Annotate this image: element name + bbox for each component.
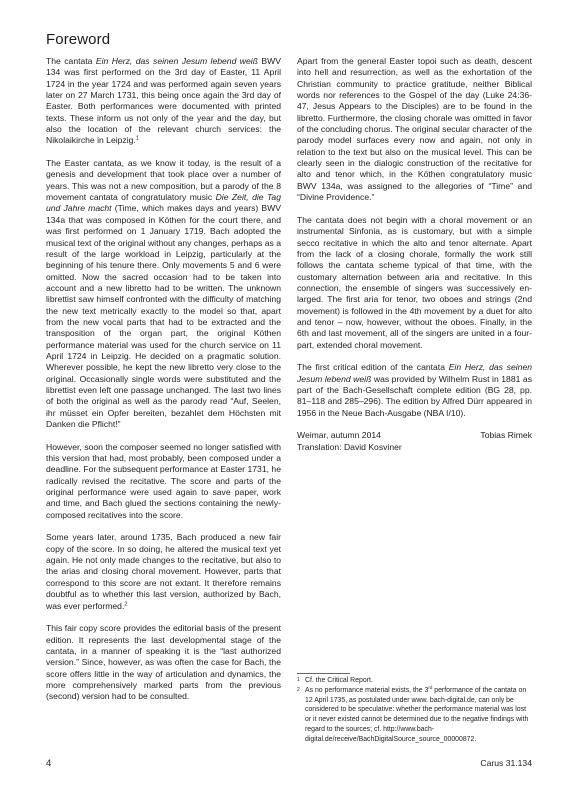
paragraph-easter-topoi: Apart from the general Easter topoi such… <box>297 56 532 203</box>
footnote-text: As no performance material exists, the 3… <box>305 687 528 743</box>
footnotes: 1 Cf. the Critical Report. 2 As no perfo… <box>297 676 532 745</box>
footnote-ref-2[interactable]: 2 <box>124 601 127 607</box>
text-run: As no performance material exists, the 3 <box>305 687 428 694</box>
source-link-text[interactable]: performance of the cantata on 12 April 1… <box>305 687 528 743</box>
page-number: 4 <box>46 758 51 769</box>
translator-credit: Translation: David Kosviner <box>297 442 532 453</box>
right-column: Apart from the general Easter topoi such… <box>297 56 532 464</box>
paragraph-editorial-basis: This fair copy score provides the editor… <box>46 623 281 702</box>
author-name: Tobias Rimek <box>480 430 532 441</box>
footnote-1: 1 Cf. the Critical Report. <box>297 676 532 686</box>
footnote-ref-1[interactable]: 1 <box>136 136 139 142</box>
cantata-title: Ein Herz, das seinen Jesum lebend weiß <box>96 56 258 66</box>
paragraph-critical-edition: The first critical edition of the cantat… <box>297 362 532 419</box>
footnote-2: 2 As no performance material exists, the… <box>297 686 532 745</box>
paragraph-revision-1731: However, soon the composer seemed no lon… <box>46 442 281 521</box>
left-column: The cantata Ein Herz, das seinen Jesum l… <box>46 56 281 714</box>
place-date: Weimar, autumn 2014 <box>297 430 381 441</box>
text-run: The first critical edition of the cantat… <box>297 362 449 372</box>
paragraph-structure: The cantata does not begin with a choral… <box>297 215 532 351</box>
paragraph-fair-copy-1735: Some years later, around 1735, Bach prod… <box>46 532 281 611</box>
footnote-number: 1 <box>297 676 300 684</box>
footnote-divider <box>297 673 350 674</box>
paragraph-genesis: The Easter cantata, as we know it today,… <box>46 158 281 430</box>
text-run: The cantata <box>46 56 96 66</box>
paragraph-intro: The cantata Ein Herz, das seinen Jesum l… <box>46 56 281 147</box>
signature-line: Weimar, autumn 2014 Tobias Rimek <box>297 430 532 441</box>
footnote-number: 2 <box>297 686 300 694</box>
footnote-text: Cf. the Critical Report. <box>305 677 373 684</box>
text-run: BWV 134 was first performed on the 3rd d… <box>46 56 281 145</box>
text-run: Some years later, around 1735, Bach prod… <box>46 532 281 610</box>
catalog-number: Carus 31.134 <box>480 758 532 768</box>
text-run: (Time, which makes days and years) BWV 1… <box>46 203 281 429</box>
page-title: Foreword <box>46 31 110 48</box>
